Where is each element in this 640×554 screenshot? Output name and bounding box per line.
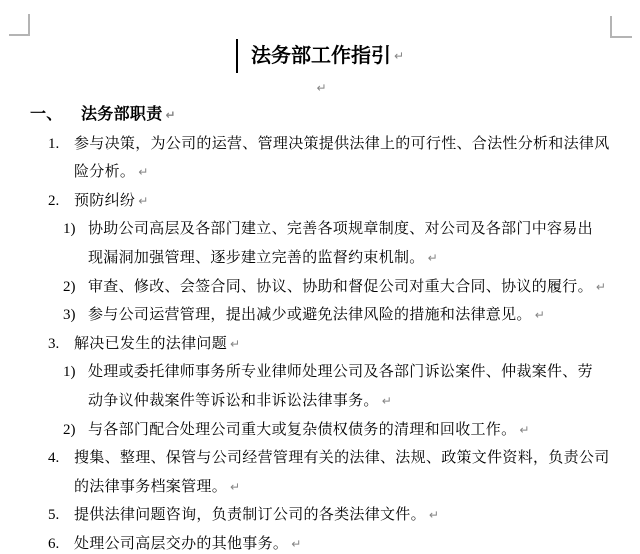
document-title: 法务部工作指引 (251, 39, 391, 73)
list-item-6: 6.处理公司高层交办的其他事务。↵ (30, 530, 612, 554)
paragraph-mark-icon: ↵ (535, 308, 545, 322)
paragraph-mark-icon: ↵ (596, 280, 606, 294)
section-heading: 一、法务部职责↵ (30, 101, 612, 130)
list-item-text: 解决已发生的法律问题 (74, 336, 227, 352)
document-page[interactable]: 法务部工作指引 ↵ ↵ 一、法务部职责↵ 1.参与决策，为公司的运营、管理决策提… (0, 0, 640, 554)
sub-item-3-1: 1)处理或委托律师事务所专业律师处理公司及各部门诉讼案件、仲裁案件、劳 动争议仲… (30, 358, 612, 415)
list-item-3: 3.解决已发生的法律问题↵ (30, 330, 612, 359)
margin-mark-top-left-vertical (28, 14, 30, 36)
list-item-number: 1) (63, 358, 76, 387)
list-item-2: 2.预防纠纷↵ (30, 187, 612, 216)
paragraph-mark-icon: ↵ (166, 108, 176, 122)
paragraph-mark-icon: ↵ (394, 49, 404, 63)
list-item-text: 协助公司高层及各部门建立、完善各项规章制度、对公司及各部门中容易出 现漏洞加强管… (88, 221, 593, 266)
list-item-number: 4. (48, 444, 59, 473)
section-number: 一、 (30, 101, 81, 130)
sub-item-2-2: 2)审查、修改、会签合同、协议、协助和督促公司对重大合同、协议的履行。↵ (30, 273, 612, 302)
paragraph-mark-icon: ↵ (382, 394, 392, 408)
paragraph-mark-icon: ↵ (230, 337, 240, 351)
list-item-number: 1) (63, 215, 76, 244)
margin-mark-top-right-vertical (610, 16, 612, 38)
paragraph-mark-icon: ↵ (230, 480, 240, 494)
document-title-row: 法务部工作指引 ↵ (0, 38, 640, 74)
list-item-text: 提供法律问题咨询，负责制订公司的各类法律文件。 (74, 507, 426, 523)
list-item-number: 3. (48, 330, 59, 359)
list-item-text: 审查、修改、会签合同、协议、协助和督促公司对重大合同、协议的履行。 (88, 279, 593, 295)
list-item-text: 处理公司高层交办的其他事务。 (74, 536, 288, 552)
paragraph-mark-icon: ↵ (316, 81, 326, 95)
list-item-text: 处理或委托律师事务所专业律师处理公司及各部门诉讼案件、仲裁案件、劳 动争议仲裁案… (88, 364, 593, 409)
paragraph-mark-icon: ↵ (291, 537, 301, 551)
list-item-number: 5. (48, 501, 59, 530)
paragraph-mark-icon: ↵ (428, 251, 438, 265)
paragraph-mark-icon: ↵ (519, 423, 529, 437)
list-item-number: 3) (63, 301, 76, 330)
list-item-number: 2) (63, 416, 76, 445)
margin-mark-top-left-horizontal (9, 34, 30, 36)
list-item-1: 1.参与决策，为公司的运营、管理决策提供法律上的可行性、合法性分析和法律风 险分… (30, 130, 612, 187)
paragraph-mark-icon: ↵ (429, 508, 439, 522)
list-item-number: 6. (48, 530, 59, 554)
list-item-4: 4.搜集、整理、保管与公司经营管理有关的法律、法规、政策文件资料，负责公司 的法… (30, 444, 612, 501)
sub-item-2-1: 1)协助公司高层及各部门建立、完善各项规章制度、对公司及各部门中容易出 现漏洞加… (30, 215, 612, 272)
sub-item-2-3: 3)参与公司运营管理，提出减少或避免法律风险的措施和法律意见。↵ (30, 301, 612, 330)
document-body: 一、法务部职责↵ 1.参与决策，为公司的运营、管理决策提供法律上的可行性、合法性… (30, 101, 612, 554)
list-item-5: 5.提供法律问题咨询，负责制订公司的各类法律文件。↵ (30, 501, 612, 530)
section-title: 法务部职责 (81, 106, 163, 123)
empty-paragraph: ↵ (0, 76, 640, 100)
list-item-text: 参与公司运营管理，提出减少或避免法律风险的措施和法律意见。 (88, 307, 532, 323)
sub-item-3-2: 2)与各部门配合处理公司重大或复杂债权债务的清理和回收工作。↵ (30, 416, 612, 445)
list-item-text: 与各部门配合处理公司重大或复杂债权债务的清理和回收工作。 (88, 422, 516, 438)
paragraph-mark-icon: ↵ (138, 194, 148, 208)
list-item-text: 参与决策，为公司的运营、管理决策提供法律上的可行性、合法性分析和法律风 险分析。 (74, 136, 610, 181)
paragraph-mark-icon: ↵ (138, 165, 148, 179)
title-outline-bar (236, 39, 238, 73)
list-item-text: 搜集、整理、保管与公司经营管理有关的法律、法规、政策文件资料，负责公司 的法律事… (74, 450, 610, 495)
list-item-number: 2. (48, 187, 59, 216)
list-item-number: 1. (48, 130, 59, 159)
list-item-text: 预防纠纷 (74, 193, 135, 209)
list-item-number: 2) (63, 273, 76, 302)
